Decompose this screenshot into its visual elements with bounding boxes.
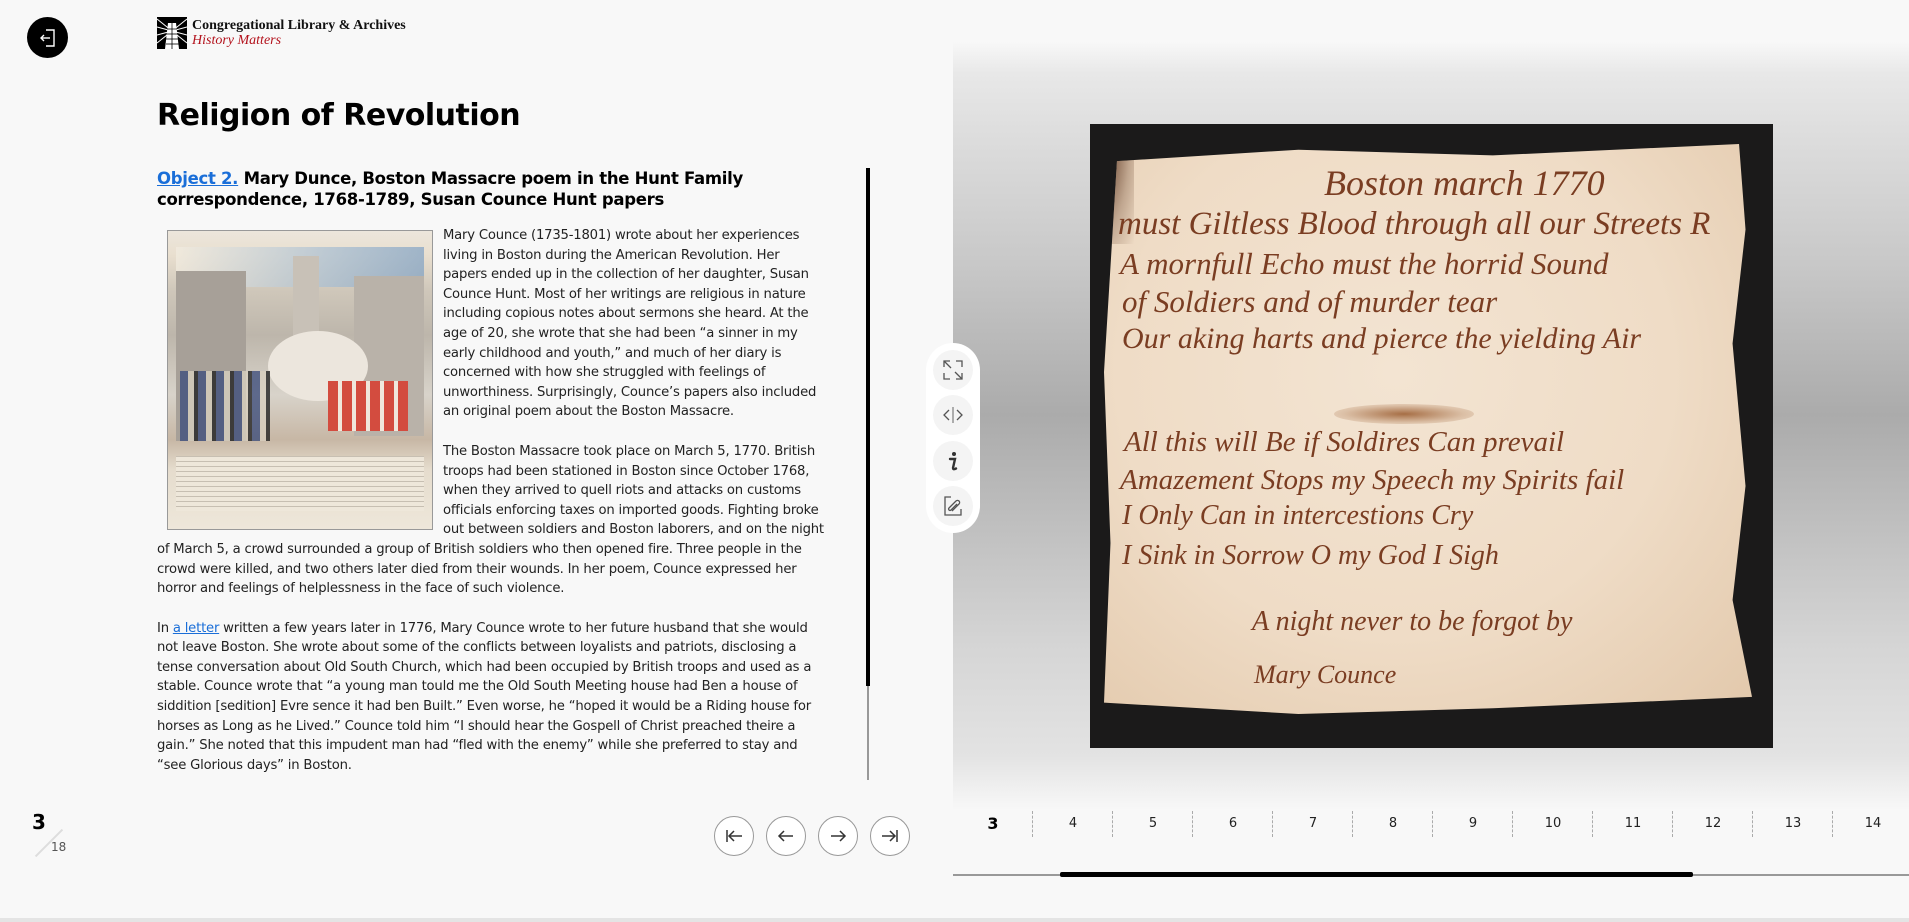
letter-link[interactable]: a letter bbox=[173, 621, 219, 636]
boston-massacre-engraving[interactable] bbox=[167, 230, 433, 530]
thumbnail-strip[interactable]: 3 4 5 6 7 8 9 10 11 12 13 14 bbox=[953, 808, 1909, 868]
thumbnail-item[interactable]: 8 bbox=[1353, 808, 1433, 838]
thumbnail-item[interactable]: 4 bbox=[1033, 808, 1113, 838]
arrow-right-icon bbox=[828, 828, 848, 844]
expand-icon bbox=[942, 359, 964, 381]
fullscreen-button[interactable] bbox=[933, 350, 973, 390]
logo-title: Congregational Library & Archives bbox=[192, 18, 406, 33]
thumbnail-item[interactable]: 9 bbox=[1433, 808, 1513, 838]
last-page-button[interactable] bbox=[870, 816, 910, 856]
thumbnail-item[interactable]: 13 bbox=[1753, 808, 1833, 838]
first-page-icon bbox=[724, 828, 744, 844]
logo[interactable]: Congregational Library & Archives Histor… bbox=[157, 17, 406, 49]
previous-page-button[interactable] bbox=[766, 816, 806, 856]
article-body: Mary Counce (1735-1801) wrote about her … bbox=[157, 226, 827, 775]
exhibit-page: Congregational Library & Archives Histor… bbox=[0, 0, 1909, 922]
article-scrollbar-thumb[interactable] bbox=[866, 168, 870, 686]
viewer-toolbar bbox=[926, 343, 980, 533]
article-scroll-area[interactable]: Object 2. Mary Dunce, Boston Massacre po… bbox=[157, 168, 827, 780]
thumbnail-item[interactable]: 5 bbox=[1113, 808, 1193, 838]
next-page-button[interactable] bbox=[818, 816, 858, 856]
text-panel: Congregational Library & Archives Histor… bbox=[0, 0, 953, 922]
image-viewer: Boston march 1770 must Giltless Blood th… bbox=[953, 0, 1909, 922]
manuscript-paper: Boston march 1770 must Giltless Blood th… bbox=[1104, 144, 1752, 714]
current-page: 3 bbox=[32, 810, 46, 834]
thumbnail-item[interactable]: 7 bbox=[1273, 808, 1353, 838]
last-page-icon bbox=[880, 828, 900, 844]
page-counter: 3 18 bbox=[28, 810, 68, 860]
exit-button[interactable] bbox=[27, 17, 68, 58]
page-navigation bbox=[714, 816, 910, 856]
info-icon bbox=[942, 450, 964, 472]
thumbnail-item[interactable]: 6 bbox=[1193, 808, 1273, 838]
first-page-button[interactable] bbox=[714, 816, 754, 856]
thumbnail-item[interactable]: 12 bbox=[1673, 808, 1753, 838]
manuscript-image[interactable]: Boston march 1770 must Giltless Blood th… bbox=[1090, 124, 1773, 748]
compare-icon bbox=[942, 404, 964, 426]
info-button[interactable] bbox=[933, 441, 973, 481]
exit-icon bbox=[38, 28, 58, 48]
thumbnail-item[interactable]: 14 bbox=[1833, 808, 1909, 838]
logo-tagline: History Matters bbox=[192, 33, 406, 48]
bottom-border bbox=[0, 918, 1909, 922]
logo-icon bbox=[157, 17, 187, 49]
cite-button[interactable] bbox=[933, 486, 973, 526]
thumbnail-item[interactable]: 10 bbox=[1513, 808, 1593, 838]
total-pages: 18 bbox=[51, 840, 66, 854]
arrow-left-icon bbox=[776, 828, 796, 844]
paragraph: In a letter written a few years later in… bbox=[157, 619, 827, 776]
link-document-icon bbox=[942, 495, 964, 517]
thumbnail-item[interactable]: 3 bbox=[953, 808, 1033, 838]
compare-button[interactable] bbox=[933, 395, 973, 435]
thumbnail-scrollbar-thumb[interactable] bbox=[1060, 872, 1693, 877]
thumbnail-item[interactable]: 11 bbox=[1593, 808, 1673, 838]
object-link[interactable]: Object 2. bbox=[157, 169, 238, 188]
object-heading: Object 2. Mary Dunce, Boston Massacre po… bbox=[157, 168, 827, 210]
object-title: Mary Dunce, Boston Massacre poem in the … bbox=[157, 169, 743, 209]
page-title: Religion of Revolution bbox=[157, 98, 520, 133]
